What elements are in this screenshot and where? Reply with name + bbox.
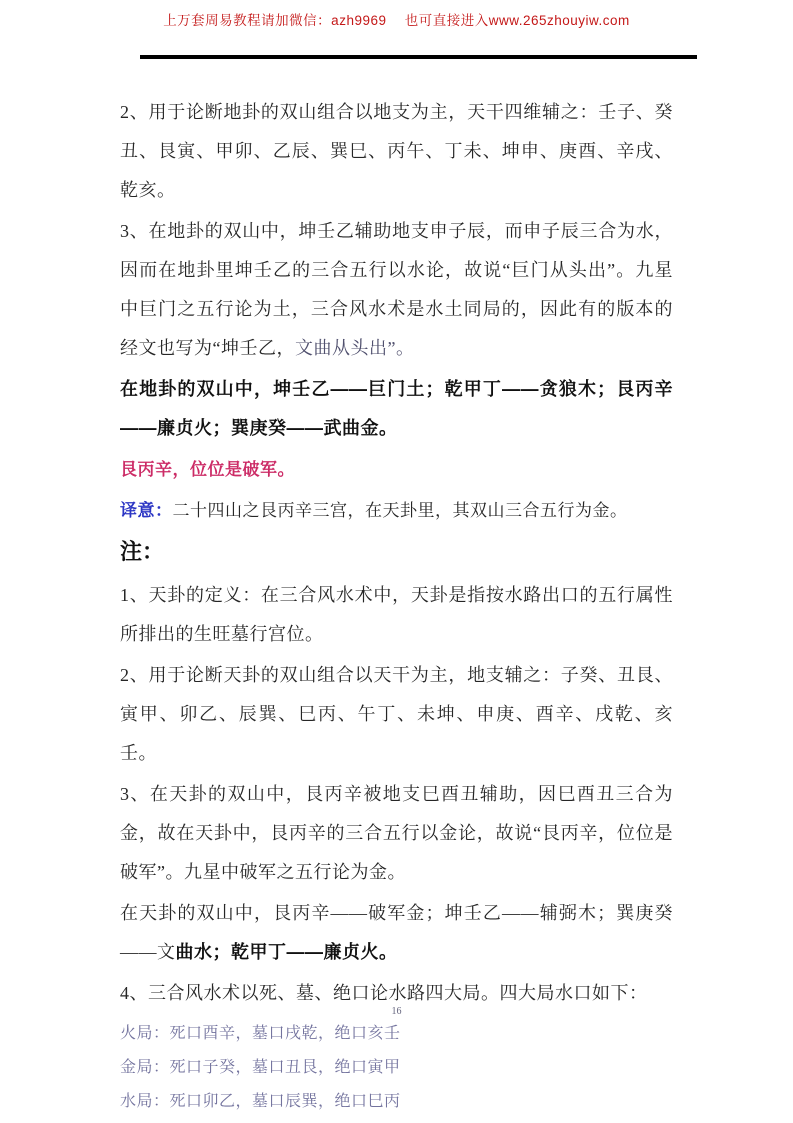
header-notice: 上万套周易教程请加微信：azh9969 也可直接进入www.265zhouyiw… [0, 9, 793, 29]
heaven-summary-bold: 曲水；乾甲丁——廉贞火。 [176, 942, 398, 962]
bureau-water: 水局：死口卯乙，墓口辰巽，绝口巳丙 [120, 1085, 673, 1119]
paragraph-earth-summary: 在地卦的双山中，坤壬乙——巨门土；乾甲丁——贪狼木；艮丙辛——廉贞火；巽庚癸——… [120, 370, 673, 448]
note-2-heaven-double-mountain: 2、用于论断天卦的双山组合以天干为主，地支辅之：子癸、丑艮、寅甲、卯乙、辰巽、巳… [120, 656, 673, 773]
bureau-fire: 火局：死口酉辛，墓口戌乾，绝口亥壬 [120, 1017, 673, 1051]
note-heading: 注： [120, 532, 673, 572]
document-body: 2、用于论断地卦的双山组合以地支为主，天干四维辅之：壬子、癸丑、艮寅、甲卯、乙辰… [120, 93, 673, 1119]
header-divider [140, 55, 697, 59]
paragraph-heaven-summary: 在天卦的双山中，艮丙辛——破军金；坤壬乙——辅弼木；巽庚癸——文曲水；乾甲丁——… [120, 894, 673, 972]
paragraph-translation: 译意：二十四山之艮丙辛三宫，在天卦里，其双山三合五行为金。 [120, 491, 673, 530]
earth-kunrenyi-quote: 文曲从头出”。 [295, 338, 415, 358]
translation-text: 二十四山之艮丙辛三宫，在天卦里，其双山三合五行为金。 [173, 501, 628, 520]
paragraph-earth-double-mountain: 2、用于论断地卦的双山组合以地支为主，天干四维辅之：壬子、癸丑、艮寅、甲卯、乙辰… [120, 93, 673, 210]
note-1-heaven-definition: 1、天卦的定义：在三合风水术中，天卦是指按水路出口的五行属性所排出的生旺墓行宫位… [120, 576, 673, 654]
note-3-heaven-genbingxin: 3、在天卦的双山中，艮丙辛被地支巳酉丑辅助，因巳酉丑三合为金，故在天卦中，艮丙辛… [120, 775, 673, 892]
bureau-metal: 金局：死口子癸，墓口丑艮，绝口寅甲 [120, 1051, 673, 1085]
quote-genbingxin-line: 艮丙辛，位位是破军。 [120, 450, 673, 489]
bureau-list: 火局：死口酉辛，墓口戌乾，绝口亥壬 金局：死口子癸，墓口丑艮，绝口寅甲 水局：死… [120, 1017, 673, 1119]
page-number: 16 [0, 1006, 793, 1017]
paragraph-earth-kunrenyi: 3、在地卦的双山中，坤壬乙辅助地支申子辰，而申子辰三合为水，因而在地卦里坤壬乙的… [120, 212, 673, 368]
translation-label: 译意： [120, 501, 173, 520]
document-page: 上万套周易教程请加微信：azh9969 也可直接进入www.265zhouyiw… [0, 0, 793, 1123]
